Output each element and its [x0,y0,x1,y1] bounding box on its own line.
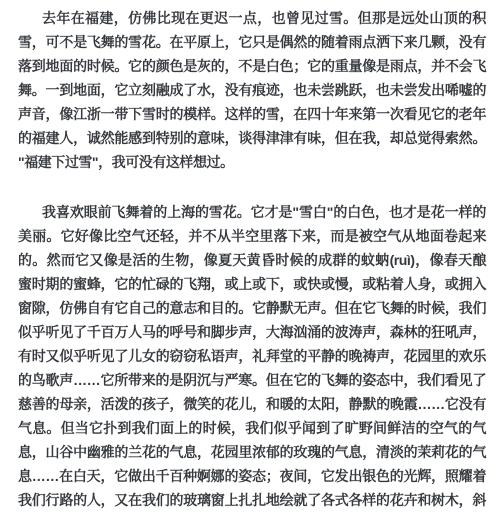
text-line: 蜜时期的蜜蜂，它的忙碌的飞翔，或上或下，或快或慢，或粘着人身，或拥入 [18,272,486,296]
text-line: 落到地面的时候。它的颜色是灰的，不是白色；它的重量像是雨点，并不会飞 [18,54,486,78]
text-line: 息，山谷中幽雅的兰花的气息，花园里浓郁的玫瑰的气息，清淡的茉莉花的气 [18,440,486,464]
document-page: 去年在福建，仿佛比现在更迟一点，也曾见过雪。但那是远处山顶的积雪，可不是飞舞的雪… [0,0,500,513]
paragraph: 去年在福建，仿佛比现在更迟一点，也曾见过雪。但那是远处山顶的积雪，可不是飞舞的雪… [18,6,486,174]
text-line: 有时又似乎听见了儿女的窃窃私语声，礼拜堂的平静的晚祷声，花园里的欢乐 [18,344,486,368]
text-line: 的。然而它又像是活的生物，像夏天黄昏时候的成群的蚊蚋(ruì)，像春天酿 [18,248,486,272]
paragraph: 我喜欢眼前飞舞着的上海的雪花。它才是"雪白"的白色，也才是花一样的美丽。它好像比… [18,200,486,512]
text-line: 我喜欢眼前飞舞着的上海的雪花。它才是"雪白"的白色，也才是花一样的 [18,200,486,224]
essay-text: 去年在福建，仿佛比现在更迟一点，也曾见过雪。但那是远处山顶的积雪，可不是飞舞的雪… [18,6,486,512]
text-line: 气息。但当它扑到我们面上的时候，我们似乎闻到了旷野间鲜洁的空气的气 [18,416,486,440]
text-line: 窗隙，仿佛自有它自己的意志和目的。它静默无声。但在它飞舞的时候，我们 [18,296,486,320]
text-line: 去年在福建，仿佛比现在更迟一点，也曾见过雪。但那是远处山顶的积 [18,6,486,30]
text-line: 息……在白天，它做出千百种婀娜的姿态；夜间，它发出银色的光辉，照耀着 [18,464,486,488]
text-line: 慈善的母亲，活泼的孩子，微笑的花儿，和暖的太阳，静默的晚霞……它没有 [18,392,486,416]
text-line: "福建下过雪"，我可没有这样想过。 [18,150,486,174]
text-line: 似乎听见了千百万人马的呼号和脚步声，大海汹涌的波涛声，森林的狂吼声， [18,320,486,344]
text-line: 舞。一到地面，它立刻融成了水，没有痕迹，也未尝跳跃，也未尝发出唏嘘的 [18,78,486,102]
text-line: 的福建人，诚然能感到特别的意味，谈得津津有味，但在我，却总觉得索然。 [18,126,486,150]
text-line: 我们行路的人，又在我们的玻璃窗上扎扎地绘就了各式各样的花卉和树木，斜 [18,488,486,512]
text-line: 声音，像江浙一带下雪时的模样。这样的雪，在四十年来第一次看见它的老年 [18,102,486,126]
text-line: 的鸟歌声……它所带来的是阴沉与严寒。但在它的飞舞的姿态中，我们看见了 [18,368,486,392]
text-line: 美丽。它好像比空气还轻，并不从半空里落下来，而是被空气从地面卷起来 [18,224,486,248]
text-line: 雪，可不是飞舞的雪花。在平原上，它只是偶然的随着雨点洒下来几颗，没有 [18,30,486,54]
